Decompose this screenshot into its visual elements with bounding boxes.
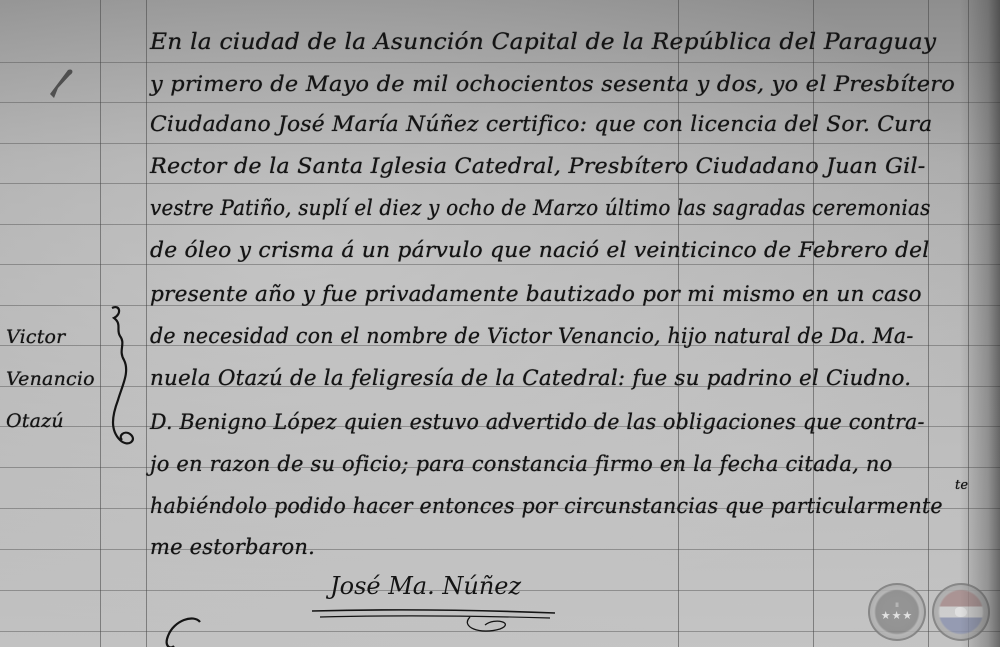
- curly-brace-icon: [100, 300, 140, 450]
- ruled-line: [0, 102, 1000, 103]
- archive-seal-right: [932, 583, 990, 641]
- record-line-9: nuela Otazú de la feligresía de la Cated…: [150, 366, 911, 390]
- column-rule: [968, 0, 969, 647]
- ink-blot-mark: [40, 66, 75, 111]
- record-line-13: me estorbaron.: [150, 535, 315, 559]
- column-rule: [928, 0, 929, 647]
- record-line-7: presente año y fue privadamente bautizad…: [150, 282, 922, 306]
- record-line-4: Rector de la Santa Iglesia Catedral, Pre…: [150, 154, 926, 178]
- ruled-line: [0, 224, 1000, 225]
- record-line-8: de necesidad con el nombre de Victor Ven…: [150, 324, 913, 348]
- record-line-11: jo en razon de su oficio; para constanci…: [150, 452, 892, 476]
- seal-label: II: [895, 602, 899, 609]
- record-line-10: D. Benigno López quien estuvo advertido …: [150, 410, 925, 434]
- document-page: Victor Venancio Otazú En la ciudad de la…: [0, 0, 1000, 647]
- ruled-line: [0, 183, 1000, 184]
- ruled-line: [0, 143, 1000, 144]
- margin-note-line: Victor: [6, 326, 65, 348]
- signature-flourish: [310, 605, 560, 635]
- record-line-5: vestre Patiño, suplí el diez y ocho de M…: [150, 196, 931, 220]
- record-line-12: habiéndolo podido hacer entonces por cir…: [150, 494, 943, 518]
- record-line-1: En la ciudad de la Asunción Capital de l…: [150, 30, 936, 55]
- ruled-line: [0, 264, 1000, 265]
- ruled-line: [0, 62, 1000, 63]
- signature: José Ma. Núñez: [330, 572, 521, 600]
- margin-note-line: Venancio: [6, 368, 95, 390]
- superscript-abbreviation: te: [955, 478, 968, 493]
- record-line-6: de óleo y crisma á un párvulo que nació …: [150, 238, 929, 262]
- margin-note-line: Otazú: [6, 410, 64, 432]
- margin-rule: [146, 0, 147, 647]
- next-entry-initial: [160, 616, 210, 647]
- record-line-2: y primero de Mayo de mil ochocientos ses…: [150, 72, 955, 96]
- paraguay-map-icon: [955, 607, 967, 617]
- stars-icon: ★★★: [881, 609, 914, 622]
- record-line-3: Ciudadano José María Núñez certifico: qu…: [150, 112, 932, 136]
- archive-seal-left: II ★★★: [868, 583, 926, 641]
